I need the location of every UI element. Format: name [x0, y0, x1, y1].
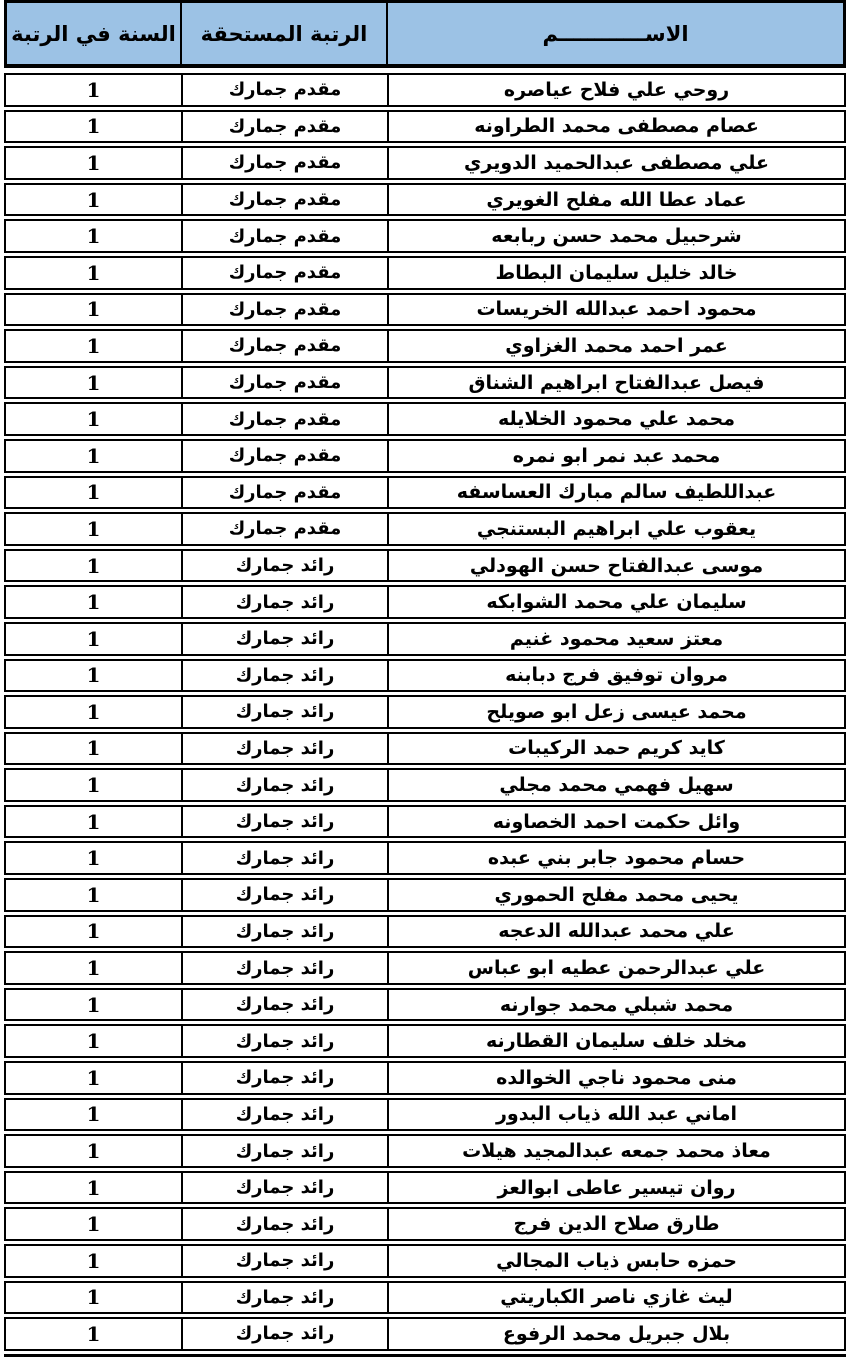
table-row: محمد عبد نمر ابو نمرهمقدم جمارك1 [4, 439, 846, 473]
cell-rank: مقدم جمارك [181, 368, 387, 398]
cell-name: علي مصطفى عبدالحميد الدويري [387, 148, 844, 178]
cell-name: عبداللطيف سالم مبارك العساسفه [387, 478, 844, 508]
cell-rank: مقدم جمارك [181, 185, 387, 215]
cell-name: حسام محمود جابر بني عبده [387, 843, 844, 873]
cell-year: 1 [6, 697, 181, 727]
cell-year: 1 [6, 624, 181, 654]
cell-name: محمد شبلي محمد جوارنه [387, 990, 844, 1020]
table-row: عمر احمد محمد الغزاويمقدم جمارك1 [4, 329, 846, 363]
cell-rank: رائد جمارك [181, 1100, 387, 1130]
table-row: عبداللطيف سالم مبارك العساسفهمقدم جمارك1 [4, 476, 846, 510]
cell-rank: مقدم جمارك [181, 75, 387, 105]
cell-year: 1 [6, 770, 181, 800]
cell-year: 1 [6, 441, 181, 471]
cell-rank: مقدم جمارك [181, 331, 387, 361]
cell-rank: رائد جمارك [181, 990, 387, 1020]
cell-rank: مقدم جمارك [181, 221, 387, 251]
table-row: محمد عيسى زعل ابو صويلحرائد جمارك1 [4, 695, 846, 729]
cell-year: 1 [6, 185, 181, 215]
cell-name: معاذ محمد جمعه عبدالمجيد هيلات [387, 1136, 844, 1166]
cell-rank: رائد جمارك [181, 843, 387, 873]
table-row: مخلد خلف سليمان القطارنهرائد جمارك1 [4, 1024, 846, 1058]
cell-year: 1 [6, 1136, 181, 1166]
table-row: ليث غازي ناصر الكباريتيرائد جمارك1 [4, 1281, 846, 1315]
cell-name: منى محمود ناجي الخوالده [387, 1063, 844, 1093]
cell-year: 1 [6, 953, 181, 983]
table-row: موسى عبدالفتاح حسن الهودليرائد جمارك1 [4, 549, 846, 583]
table-row: سليمان علي محمد الشوابكهرائد جمارك1 [4, 585, 846, 619]
cell-year: 1 [6, 1246, 181, 1276]
cell-year: 1 [6, 295, 181, 325]
cell-name: وائل حكمت احمد الخصاونه [387, 807, 844, 837]
cell-year: 1 [6, 1100, 181, 1130]
cell-rank: رائد جمارك [181, 697, 387, 727]
table-row: منى محمود ناجي الخوالدهرائد جمارك1 [4, 1061, 846, 1095]
cell-rank: رائد جمارك [181, 551, 387, 581]
table-row: بلال جبريل محمد الرفوعرائد جمارك1 [4, 1317, 846, 1351]
cell-year: 1 [6, 1173, 181, 1203]
cell-name: عصام مصطفى محمد الطراونه [387, 112, 844, 142]
cell-name: روحي علي فلاح عياصره [387, 75, 844, 105]
cell-name: روان تيسير عاطى ابوالعز [387, 1173, 844, 1203]
cell-name: ليث غازي ناصر الكباريتي [387, 1283, 844, 1313]
cell-rank: رائد جمارك [181, 917, 387, 947]
cell-name: بلال جبريل محمد الرفوع [387, 1319, 844, 1349]
cell-rank: رائد جمارك [181, 880, 387, 910]
table-row: عصام مصطفى محمد الطراونهمقدم جمارك1 [4, 110, 846, 144]
cell-name: معتز سعيد محمود غنيم [387, 624, 844, 654]
cell-rank: رائد جمارك [181, 1209, 387, 1239]
cell-rank: رائد جمارك [181, 734, 387, 764]
table-row: معاذ محمد جمعه عبدالمجيد هيلاترائد جمارك… [4, 1134, 846, 1168]
table-row: طارق صلاح الدين فرجرائد جمارك1 [4, 1207, 846, 1241]
cell-rank: رائد جمارك [181, 1246, 387, 1276]
document-page: الاســــــــــــم الرتبة المستحقة السنة … [0, 0, 850, 1368]
cell-name: سهيل فهمي محمد مجلي [387, 770, 844, 800]
table-row: روحي علي فلاح عياصرهمقدم جمارك1 [4, 73, 846, 107]
cell-year: 1 [6, 917, 181, 947]
cell-name: يحيى محمد مفلح الحموري [387, 880, 844, 910]
cell-rank: مقدم جمارك [181, 514, 387, 544]
cell-name: سليمان علي محمد الشوابكه [387, 587, 844, 617]
cell-rank: مقدم جمارك [181, 441, 387, 471]
cell-name: مخلد خلف سليمان القطارنه [387, 1026, 844, 1056]
cell-name: اماني عبد الله ذياب البدور [387, 1100, 844, 1130]
cell-year: 1 [6, 514, 181, 544]
cell-year: 1 [6, 75, 181, 105]
cell-name: محمد عيسى زعل ابو صويلح [387, 697, 844, 727]
table-row: معتز سعيد محمود غنيمرائد جمارك1 [4, 622, 846, 656]
cell-year: 1 [6, 148, 181, 178]
cell-name: خالد خليل سليمان البطاط [387, 258, 844, 288]
cell-rank: رائد جمارك [181, 624, 387, 654]
cell-year: 1 [6, 258, 181, 288]
cell-rank: مقدم جمارك [181, 478, 387, 508]
table-row: محمد شبلي محمد جوارنهرائد جمارك1 [4, 988, 846, 1022]
cell-rank: رائد جمارك [181, 1319, 387, 1349]
cell-name: محمود احمد عبدالله الخريسات [387, 295, 844, 325]
cell-year: 1 [6, 1209, 181, 1239]
cell-name: علي عبدالرحمن عطيه ابو عباس [387, 953, 844, 983]
cell-rank: مقدم جمارك [181, 112, 387, 142]
table-row: يعقوب علي ابراهيم البستنجيمقدم جمارك1 [4, 512, 846, 546]
cell-rank: مقدم جمارك [181, 148, 387, 178]
cell-year: 1 [6, 587, 181, 617]
cell-name: محمد عبد نمر ابو نمره [387, 441, 844, 471]
cell-rank: رائد جمارك [181, 953, 387, 983]
cell-year: 1 [6, 843, 181, 873]
cell-rank: رائد جمارك [181, 1026, 387, 1056]
table-row: كايد كريم حمد الركيباترائد جمارك1 [4, 732, 846, 766]
cell-rank: رائد جمارك [181, 1173, 387, 1203]
cell-name: عماد عطا الله مفلح الغويري [387, 185, 844, 215]
cell-year: 1 [6, 807, 181, 837]
cell-year: 1 [6, 1063, 181, 1093]
cell-year: 1 [6, 880, 181, 910]
cell-year: 1 [6, 221, 181, 251]
cell-year: 1 [6, 1283, 181, 1313]
cell-rank: رائد جمارك [181, 587, 387, 617]
table-row: شرحبيل محمد حسن ربابعهمقدم جمارك1 [4, 219, 846, 253]
cell-rank: مقدم جمارك [181, 258, 387, 288]
cell-rank: رائد جمارك [181, 661, 387, 691]
cell-year: 1 [6, 734, 181, 764]
cell-name: شرحبيل محمد حسن ربابعه [387, 221, 844, 251]
table-body: روحي علي فلاح عياصرهمقدم جمارك1عصام مصطف… [4, 73, 846, 1351]
cell-rank: رائد جمارك [181, 807, 387, 837]
table-row: علي محمد عبدالله الدعجهرائد جمارك1 [4, 915, 846, 949]
cell-name: مروان توفيق فرج دبابنه [387, 661, 844, 691]
table-row: مروان توفيق فرج دبابنهرائد جمارك1 [4, 659, 846, 693]
table-row: علي مصطفى عبدالحميد الدويريمقدم جمارك1 [4, 146, 846, 180]
column-header-year: السنة في الرتبة [7, 3, 180, 64]
cell-year: 1 [6, 112, 181, 142]
table-row: خالد خليل سليمان البطاطمقدم جمارك1 [4, 256, 846, 290]
cell-year: 1 [6, 478, 181, 508]
cell-rank: رائد جمارك [181, 1136, 387, 1166]
table-row: حسام محمود جابر بني عبدهرائد جمارك1 [4, 841, 846, 875]
promotion-table: الاســــــــــــم الرتبة المستحقة السنة … [4, 0, 846, 1357]
table-bottom-rule [4, 1354, 846, 1357]
table-row: علي عبدالرحمن عطيه ابو عباسرائد جمارك1 [4, 951, 846, 985]
table-row: فيصل عبدالفتاح ابراهيم الشناقمقدم جمارك1 [4, 366, 846, 400]
table-header-row: الاســــــــــــم الرتبة المستحقة السنة … [4, 0, 846, 68]
table-row: محمود احمد عبدالله الخريساتمقدم جمارك1 [4, 293, 846, 327]
cell-year: 1 [6, 551, 181, 581]
cell-name: علي محمد عبدالله الدعجه [387, 917, 844, 947]
cell-year: 1 [6, 990, 181, 1020]
cell-rank: رائد جمارك [181, 1063, 387, 1093]
cell-rank: رائد جمارك [181, 770, 387, 800]
cell-name: موسى عبدالفتاح حسن الهودلي [387, 551, 844, 581]
cell-rank: مقدم جمارك [181, 295, 387, 325]
table-row: سهيل فهمي محمد مجليرائد جمارك1 [4, 768, 846, 802]
cell-name: فيصل عبدالفتاح ابراهيم الشناق [387, 368, 844, 398]
table-row: روان تيسير عاطى ابوالعزرائد جمارك1 [4, 1171, 846, 1205]
table-row: محمد علي محمود الخلايلهمقدم جمارك1 [4, 402, 846, 436]
table-row: حمزه حابس ذياب المجاليرائد جمارك1 [4, 1244, 846, 1278]
table-row: عماد عطا الله مفلح الغويريمقدم جمارك1 [4, 183, 846, 217]
cell-rank: مقدم جمارك [181, 404, 387, 434]
cell-name: يعقوب علي ابراهيم البستنجي [387, 514, 844, 544]
cell-year: 1 [6, 1026, 181, 1056]
column-header-rank: الرتبة المستحقة [180, 3, 386, 64]
column-header-name: الاســــــــــــم [386, 3, 843, 64]
cell-name: كايد كريم حمد الركيبات [387, 734, 844, 764]
cell-year: 1 [6, 661, 181, 691]
table-row: وائل حكمت احمد الخصاونهرائد جمارك1 [4, 805, 846, 839]
cell-year: 1 [6, 404, 181, 434]
cell-name: محمد علي محمود الخلايله [387, 404, 844, 434]
cell-year: 1 [6, 368, 181, 398]
cell-rank: رائد جمارك [181, 1283, 387, 1313]
cell-year: 1 [6, 1319, 181, 1349]
cell-name: طارق صلاح الدين فرج [387, 1209, 844, 1239]
table-row: يحيى محمد مفلح الحموريرائد جمارك1 [4, 878, 846, 912]
cell-name: عمر احمد محمد الغزاوي [387, 331, 844, 361]
table-row: اماني عبد الله ذياب البدوررائد جمارك1 [4, 1098, 846, 1132]
cell-name: حمزه حابس ذياب المجالي [387, 1246, 844, 1276]
cell-year: 1 [6, 331, 181, 361]
